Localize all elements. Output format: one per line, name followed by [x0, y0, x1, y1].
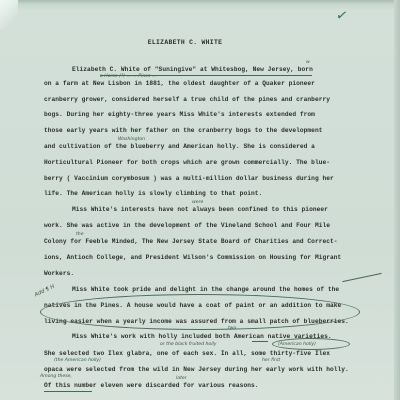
checkmark-icon: ✓	[335, 7, 349, 25]
margin-note: Among these,	[40, 374, 72, 379]
pen-strikethrough	[44, 391, 92, 392]
circled-paragraph	[40, 294, 360, 330]
handwritten-note: Washington	[118, 137, 145, 142]
pen-strikethrough	[252, 341, 268, 342]
document-title: ELIZABETH C. WHITE	[0, 39, 400, 46]
text-line: Miss White's interests have not always b…	[72, 206, 328, 213]
text-line: work. She was active in the development …	[44, 222, 330, 229]
handwritten-note: w	[306, 60, 310, 65]
page-edge	[394, 0, 400, 400]
text-line: Of this number eleven were discarded for…	[44, 382, 259, 389]
text-line: those early years with her father on the…	[44, 127, 322, 134]
text-line: Horticultural Pioneer for both crops whi…	[44, 159, 330, 166]
margin-note: Add ¶ H	[34, 284, 56, 299]
text-line: Colony for Feeble Minded, The New Jersey…	[44, 238, 338, 245]
handwritten-note: later	[176, 376, 187, 381]
text-line: ions, Antioch College, and President Wil…	[44, 254, 341, 261]
circled-note	[272, 338, 350, 350]
handwritten-note: her first	[262, 358, 280, 363]
pen-mark	[342, 273, 381, 282]
text-line: Elizabeth C. White of "Suningive" at Whi…	[72, 66, 313, 73]
text-line: bogs. During her eighty-three years Miss…	[44, 111, 315, 118]
text-line: life. The American holly is slowly climb…	[44, 190, 262, 197]
text-line: She selected two Ilex glabra, one of eac…	[44, 350, 330, 357]
pen-underline	[100, 75, 312, 76]
scanned-page: ✓ ELIZABETH C. WHITE Elizabeth C. White …	[0, 0, 400, 400]
text-line: on a farm at New Lisbon in 1881, the old…	[44, 80, 315, 87]
handwritten-note: (the American holly)	[54, 358, 101, 363]
text-line: Miss White took pride and delight in the…	[72, 286, 339, 293]
handwritten-note: were	[192, 200, 203, 205]
text-line: opaca were selected from the wild in New…	[44, 366, 349, 373]
text-line: cranberry grower, considered herself a t…	[44, 96, 330, 103]
text-line: and cultivation of the blueberry and Ame…	[44, 143, 315, 150]
text-line: berry ( Vaccinium corymbosum ) was a mul…	[44, 175, 334, 182]
handwritten-note: the	[76, 232, 84, 237]
text-line: Workers.	[44, 270, 74, 277]
page-corner-fold	[0, 0, 18, 30]
handwritten-note: or the black fruited holly	[160, 342, 217, 347]
